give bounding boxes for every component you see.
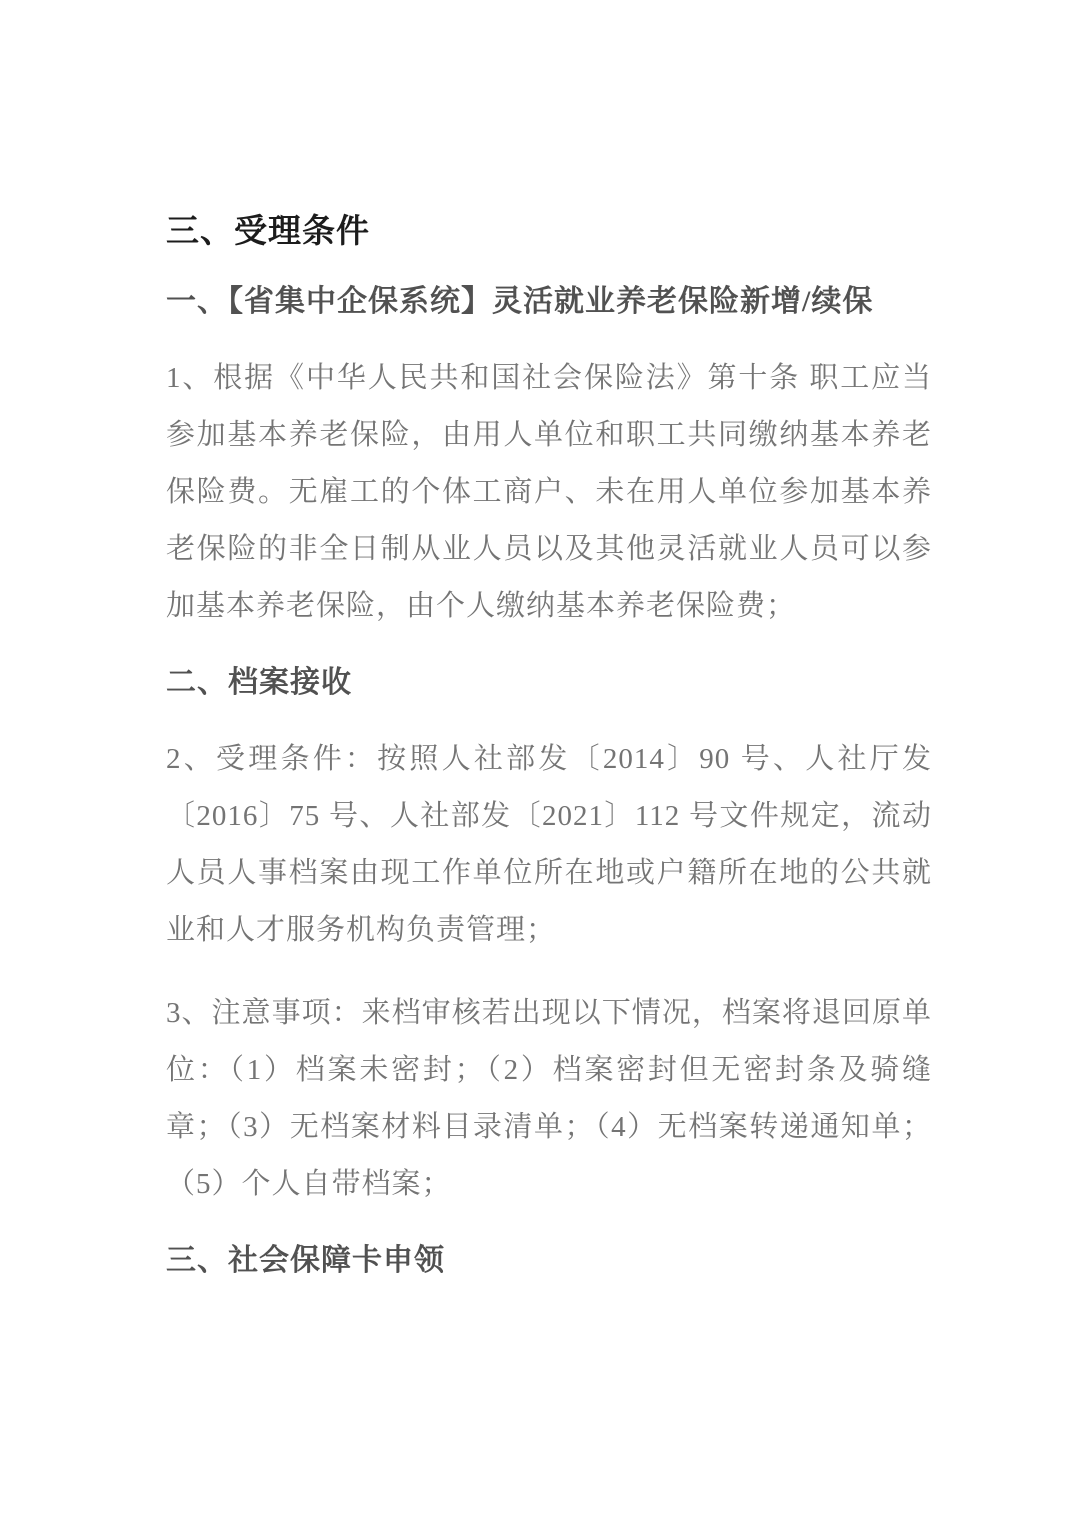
section-heading-2: 二、档案接收 [166, 661, 932, 705]
document-title: 三、受理条件 [166, 208, 932, 254]
section-2-paragraph-1: 2、受理条件：按照人社部发〔2014〕90 号、人社厅发〔2016〕75 号、人… [166, 731, 932, 959]
section-heading-3: 三、社会保障卡申领 [166, 1239, 932, 1283]
document-page: 三、受理条件 一、【省集中企保系统】灵活就业养老保险新增/续保 1、根据《中华人… [0, 0, 1074, 1520]
section-2-paragraph-2: 3、注意事项：来档审核若出现以下情况，档案将退回原单位：（1）档案未密封；（2）… [166, 985, 932, 1213]
section-heading-1: 一、【省集中企保系统】灵活就业养老保险新增/续保 [166, 280, 932, 324]
section-1-paragraph-1: 1、根据《中华人民共和国社会保险法》第十条 职工应当参加基本养老保险，由用人单位… [166, 350, 932, 635]
